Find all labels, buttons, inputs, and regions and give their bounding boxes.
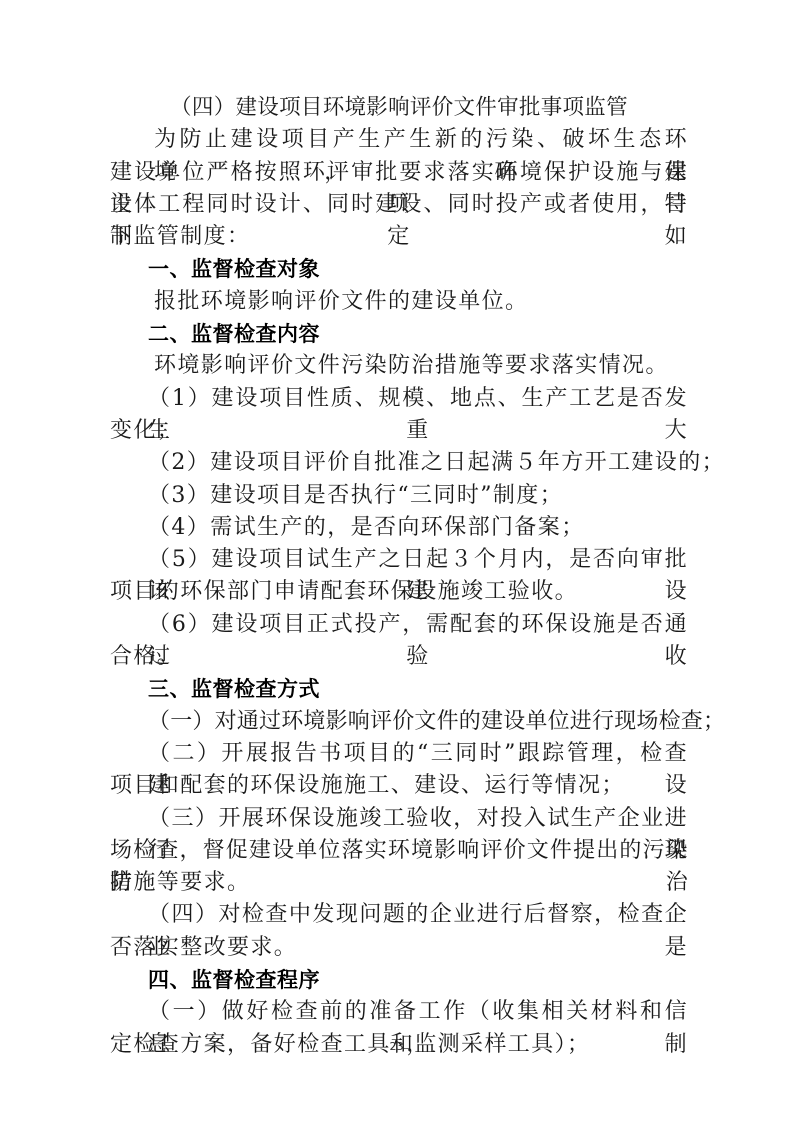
method-item-3: （三）开展环保设施竣工验收，对投入试生产企业进行现	[110, 803, 688, 835]
document-body: （四）建设项目环境影响评价文件审批事项监管 为防止建设项目产生产生新的污染、破坏…	[110, 92, 688, 1061]
intro-line-1: 为防止建设项目产生产生新的污染、破坏生态环境，确保	[110, 124, 688, 156]
heading-inspection-method: 三、监督检查方式	[110, 673, 688, 705]
method-item-1: （一）对通过环境影响评价文件的建设单位进行现场检查；	[110, 706, 688, 738]
list-item-5: （5）建设项目试生产之日起３个月内，是否向审批该建设	[110, 544, 688, 576]
list-item-6: （6）建设项目正式投产，需配套的环保设施是否通过验收	[110, 609, 688, 641]
heading-inspection-content: 二、监督检查内容	[110, 318, 688, 350]
list-item-3: （3）建设项目是否执行“三同时”制度；	[110, 480, 688, 512]
method-item-2: （二）开展报告书项目的“三同时”跟踪管理，检查建设	[110, 738, 688, 770]
paragraph-line: 报批环境影响评价文件的建设单位。	[110, 286, 688, 318]
method-item-3-cont: 场检查，督促建设单位落实环境影响评价文件提出的污染防治	[110, 835, 688, 867]
document-page: （四）建设项目环境影响评价文件审批事项监管 为防止建设项目产生产生新的污染、破坏…	[0, 0, 793, 1122]
paragraph-line: 环境影响评价文件污染防治措施等要求落实情况。	[110, 350, 688, 382]
method-item-4: （四）对检查中发现问题的企业进行后督察，检查企业是	[110, 899, 688, 931]
page-number: 23	[0, 1040, 793, 1053]
method-item-2-cont: 项目和配套的环保设施施工、建设、运行等情况；	[110, 770, 688, 802]
heading-inspection-procedure: 四、监督检查程序	[110, 964, 688, 996]
list-item-4: （4）需试生产的，是否向环保部门备案；	[110, 512, 688, 544]
list-item-2: （2）建设项目评价自批准之日起满５年方开工建设的；	[110, 447, 688, 479]
heading-inspection-target: 一、监督检查对象	[110, 253, 688, 285]
intro-line-2: 建设单位严格按照环评审批要求落实环境保护设施与建设项目	[110, 157, 688, 189]
intro-line-3: 主体工程同时设计、同时建设、同时投产或者使用，特制定如	[110, 189, 688, 221]
procedure-item-1: （一）做好检查前的准备工作（收集相关材料和信息，制	[110, 996, 688, 1028]
list-item-1: （1）建设项目性质、规模、地点、生产工艺是否发生重大	[110, 383, 688, 415]
section-title: （四）建设项目环境影响评价文件审批事项监管	[110, 92, 688, 124]
